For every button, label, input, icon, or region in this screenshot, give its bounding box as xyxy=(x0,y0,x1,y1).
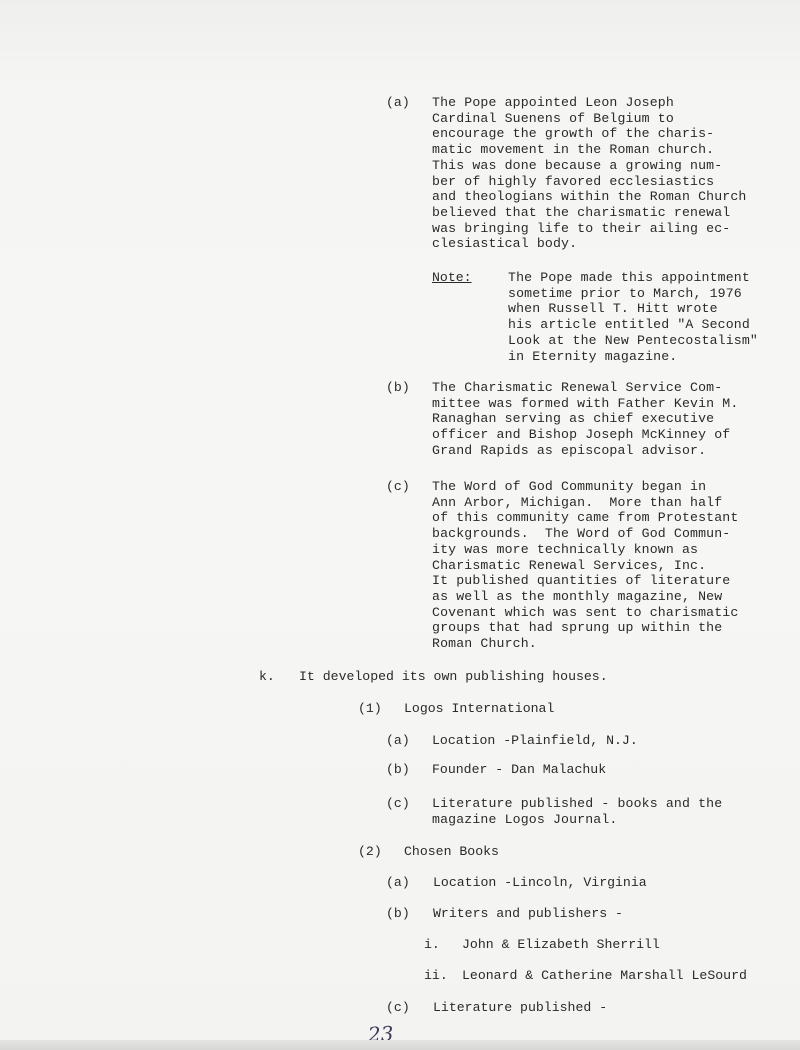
house-1-detail-b-text: Founder - Dan Malachuk xyxy=(432,762,606,778)
house-1-detail-a-text: Location -Plainfield, N.J. xyxy=(432,733,638,749)
document-page: (a) The Pope appointed Leon Joseph Cardi… xyxy=(0,0,800,1050)
item-c-label: (c) xyxy=(386,479,410,495)
item-a-label: (a) xyxy=(386,95,410,111)
house-2-detail-b-label: (b) xyxy=(386,906,410,922)
house-2-detail-c-text: Literature published - xyxy=(433,1000,607,1016)
house-2-detail-b-text: Writers and publishers - xyxy=(433,906,623,922)
writer-1-text: John & Elizabeth Sherrill xyxy=(462,937,660,953)
house-2-detail-c-label: (c) xyxy=(386,1000,410,1016)
house-1-detail-a-label: (a) xyxy=(386,733,410,749)
item-b-label: (b) xyxy=(386,380,410,396)
page-bottom-edge xyxy=(0,1040,800,1050)
house-2-name: Chosen Books xyxy=(404,844,499,860)
section-k-label: k. xyxy=(259,669,275,685)
house-1-detail-b-label: (b) xyxy=(386,762,410,778)
writer-2-label: ii. xyxy=(424,968,448,984)
writer-2-text: Leonard & Catherine Marshall LeSourd xyxy=(462,968,747,984)
writer-1-label: i. xyxy=(424,937,440,953)
note-label: Note: xyxy=(432,270,472,286)
house-2-detail-a-text: Location -Lincoln, Virginia xyxy=(433,875,647,891)
section-k-text: It developed its own publishing houses. xyxy=(299,669,608,685)
house-1-name: Logos International xyxy=(404,701,554,717)
house-2-detail-a-label: (a) xyxy=(386,875,410,891)
house-1-label: (1) xyxy=(358,701,382,717)
house-2-label: (2) xyxy=(358,844,382,860)
house-1-detail-c-label: (c) xyxy=(386,796,410,812)
